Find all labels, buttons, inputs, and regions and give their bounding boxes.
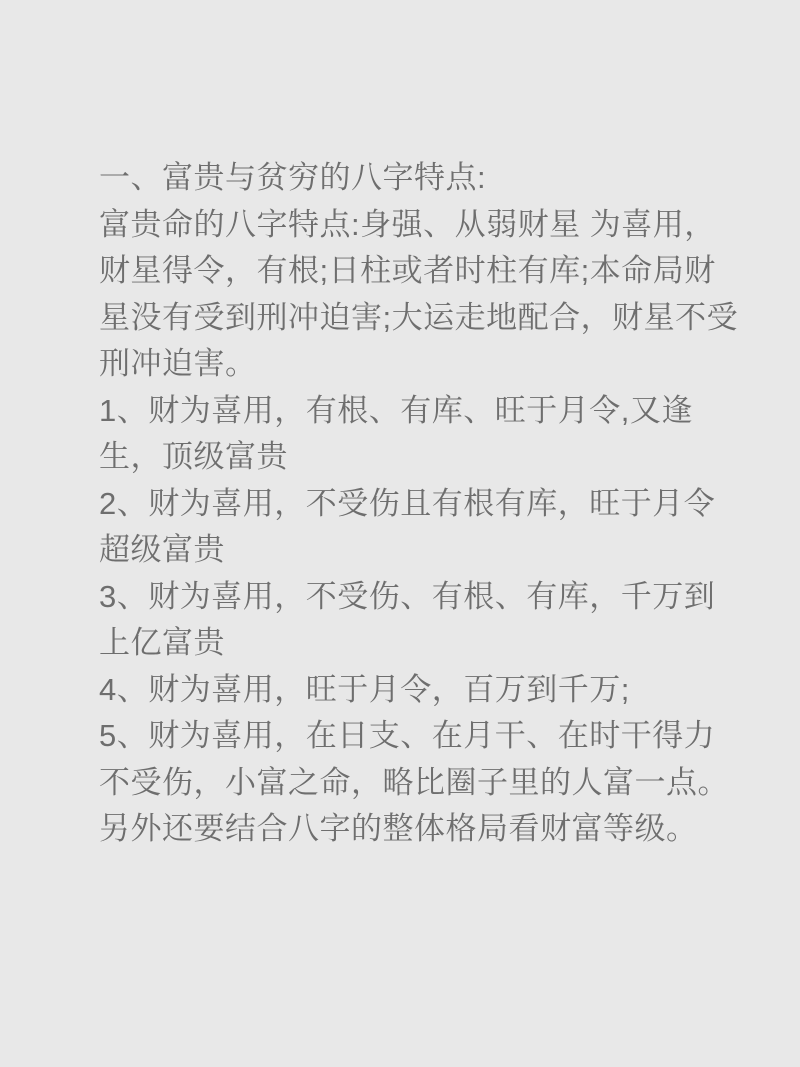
list-item-5: 5、财为喜用，在日支、在月干、在时干得力	[99, 713, 730, 760]
list-item-2-cont: 超级富贵	[99, 527, 730, 574]
list-item-2: 2、财为喜用，不受伤且有根有库，旺于月令	[99, 481, 730, 528]
list-item-3-cont: 上亿富贵	[99, 620, 730, 667]
list-item-4: 4、财为喜用，旺于月令，百万到千万;	[99, 667, 730, 714]
list-item-1-cont: 生，顶级富贵	[99, 434, 730, 481]
section-heading: 一、富贵与贫穷的八字特点:	[99, 155, 730, 202]
text-line: 星没有受到刑冲迫害;大运走地配合，财星不受	[99, 295, 730, 342]
page: { "page": { "background_color": "#e8e8e8…	[0, 0, 800, 1067]
text-line: 富贵命的八字特点:身强、从弱财星 为喜用，	[99, 202, 730, 249]
list-item-5-cont: 不受伤，小富之命，略比圈子里的人富一点。	[99, 760, 730, 807]
closing-remark: 另外还要结合八字的整体格局看财富等级。	[99, 806, 730, 853]
text-line: 刑冲迫害。	[99, 341, 730, 388]
list-item-3: 3、财为喜用，不受伤、有根、有库，千万到	[99, 574, 730, 621]
list-item-1: 1、财为喜用，有根、有库、旺于月令,又逢	[99, 388, 730, 435]
text-note: 一、富贵与贫穷的八字特点: 富贵命的八字特点:身强、从弱财星 为喜用， 财星得令…	[99, 155, 730, 853]
text-line: 财星得令，有根;日柱或者时柱有库;本命局财	[99, 248, 730, 295]
